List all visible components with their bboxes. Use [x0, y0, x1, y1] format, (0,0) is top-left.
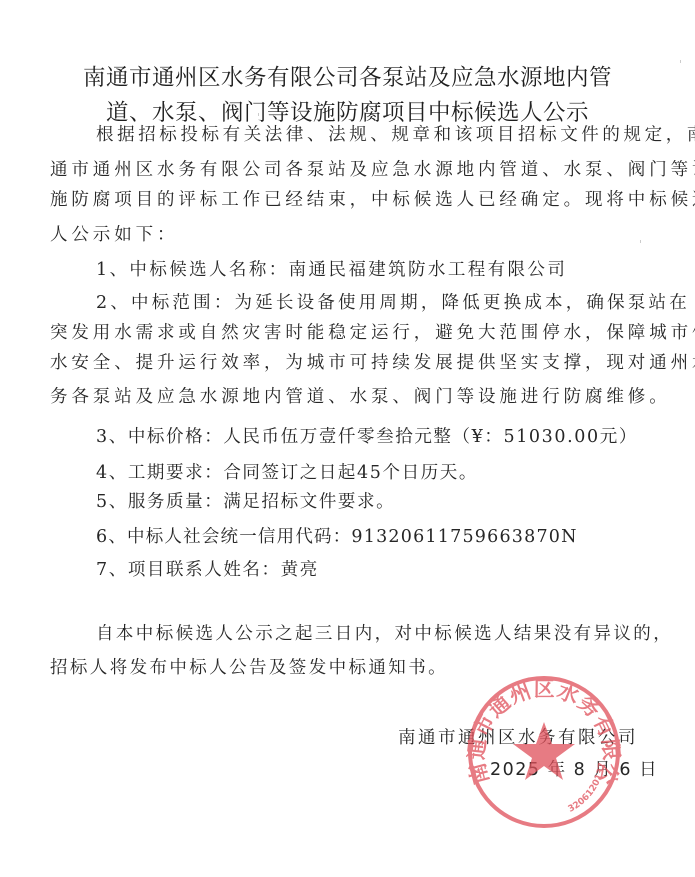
notice-document: 南通市通州区水务有限公司各泵站及应急水源地内管 道、水泵、阀门等设施防腐项目中标…: [0, 0, 695, 877]
document-title-line-2: 道、水泵、阀门等设施防腐项目中标候选人公示: [0, 95, 695, 127]
item-bid-price: 3、中标价格：人民币伍万壹仟零叁拾元整（¥：51030.00元）: [96, 426, 676, 448]
signature-company: 南通市通州区水务有限公司: [398, 724, 638, 749]
item-scope-line-1: 2、中标范围：为延长设备使用周期，降低更换成本，确保泵站在: [96, 292, 676, 314]
item-candidate-name: 1、中标候选人名称：南通民福建筑防水工程有限公司: [96, 259, 676, 281]
item-contact-person: 7、项目联系人姓名：黄亮: [96, 559, 676, 581]
intro-paragraph-line-1: 根据招标投标有关法律、法规、规章和该项目招标文件的规定，南: [96, 124, 676, 146]
scan-speck: [640, 240, 641, 243]
intro-paragraph-line-2: 通市通州区水务有限公司各泵站及应急水源地内管道、水泵、阀门等设: [50, 159, 630, 181]
closing-paragraph-line-2: 招标人将发布中标人公告及签发中标通知书。: [50, 657, 630, 679]
item-scope-line-4: 务各泵站及应急水源地内管道、水泵、阀门等设施进行防腐维修。: [50, 386, 630, 408]
scan-speck: [680, 60, 681, 63]
item-scope-line-2: 突发用水需求或自然灾害时能稳定运行，避免大范围停水，保障城市供: [50, 322, 630, 344]
scan-speck: [258, 113, 259, 116]
item-service-quality: 5、服务质量：满足招标文件要求。: [96, 491, 676, 513]
document-title-line-1: 南通市通州区水务有限公司各泵站及应急水源地内管: [0, 60, 695, 92]
official-seal-icon: 南通市通州区水务有限公司 3206120137: [466, 674, 622, 830]
intro-paragraph-line-4: 人公示如下：: [50, 224, 630, 246]
item-scope-line-3: 水安全、提升运行效率，为城市可持续发展提供坚实支撑，现对通州水: [50, 352, 630, 374]
signature-date: 2025 年 8 月 6 日: [490, 756, 658, 781]
item-duration: 4、工期要求：合同签订之日起45个日历天。: [96, 462, 676, 484]
closing-paragraph-line-1: 自本中标候选人公示之起三日内，对中标候选人结果没有异议的，: [96, 623, 676, 645]
item-credit-code: 6、中标人社会统一信用代码：91320611759663870N: [96, 526, 676, 548]
intro-paragraph-line-3: 施防腐项目的评标工作已经结束，中标候选人已经确定。现将中标候选: [50, 189, 630, 211]
